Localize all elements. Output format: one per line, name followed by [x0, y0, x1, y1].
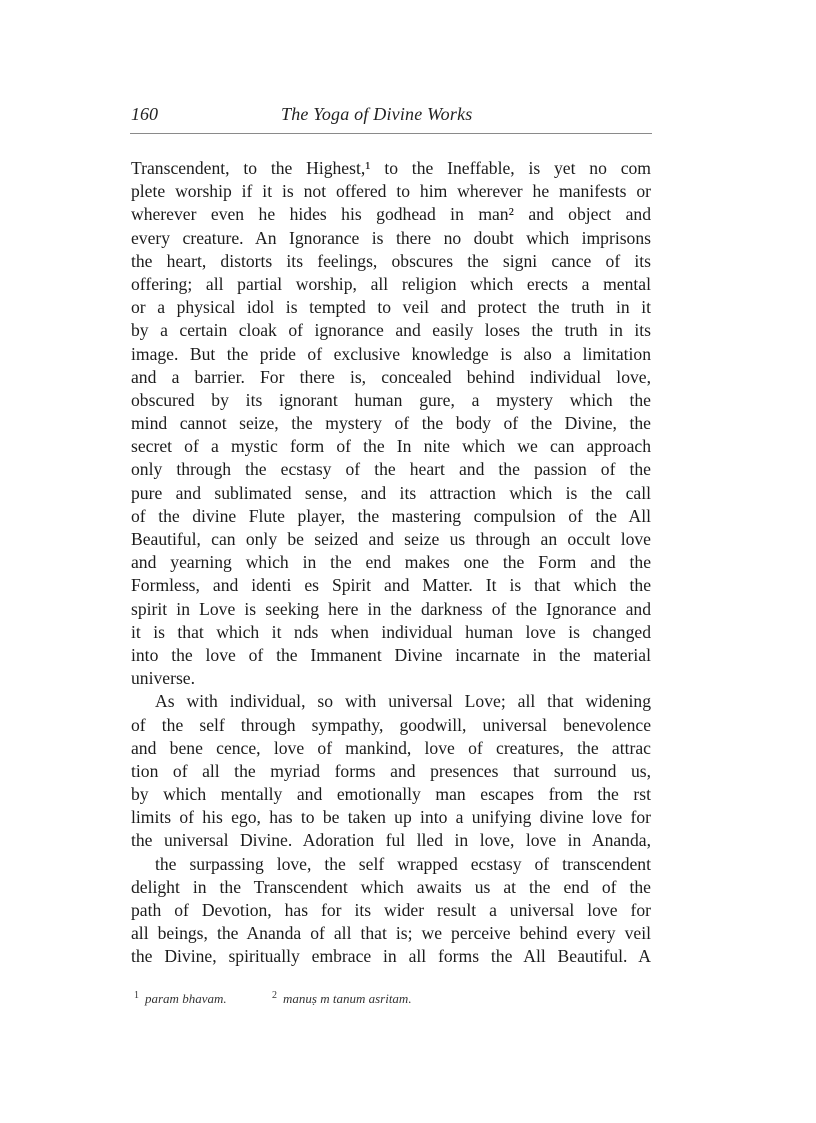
text-line: Transcendent, to the Highest,¹ to the In… [131, 157, 651, 180]
text-line: of the divine Flute player, the masterin… [131, 505, 651, 528]
text-line: the Divine, spiritually embrace in all f… [131, 945, 651, 968]
header-rule [130, 133, 652, 134]
text-line: the universal Divine. Adoration ful lled… [131, 829, 651, 852]
text-line: image. But the pride of exclusive knowle… [131, 343, 651, 366]
text-line: and bene cence, love of mankind, love of… [131, 737, 651, 760]
text-line: by which mentally and emotionally man es… [131, 783, 651, 806]
text-line: all beings, the Ananda of all that is; w… [131, 922, 651, 945]
text-line: obscured by its ignorant human gure, a m… [131, 389, 651, 412]
page-number: 160 [131, 104, 158, 125]
text-line: of the self through sympathy, goodwill, … [131, 714, 651, 737]
text-line: the surpassing love, the self wrapped ec… [131, 853, 651, 876]
text-line: limits of his ego, has to be taken up in… [131, 806, 651, 829]
text-line: mind cannot seize, the mystery of the bo… [131, 412, 651, 435]
text-line: it is that which it nds when individual … [131, 621, 651, 644]
text-line: the heart, distorts its feelings, obscur… [131, 250, 651, 273]
body-text: Transcendent, to the Highest,¹ to the In… [131, 157, 651, 969]
footnote-text: param bhavam. [145, 991, 227, 1006]
text-line: and a barrier. For there is, concealed b… [131, 366, 651, 389]
text-line: pure and sublimated sense, and its attra… [131, 482, 651, 505]
running-head: 160 The Yoga of Divine Works [131, 104, 652, 128]
text-line: every creature. An Ignorance is there no… [131, 227, 651, 250]
text-line: path of Devotion, has for its wider resu… [131, 899, 651, 922]
paragraph-start-line: As with individual, so with universal Lo… [131, 690, 651, 713]
text-line: Formless, and identi es Spirit and Matte… [131, 574, 651, 597]
book-page: 160 The Yoga of Divine Works Transcenden… [0, 0, 816, 1123]
text-line: into the love of the Immanent Divine inc… [131, 644, 651, 667]
text-line: or a physical idol is tempted to veil an… [131, 296, 651, 319]
text-line: only through the ecstasy of the heart an… [131, 458, 651, 481]
footnote-marker: 1 [134, 990, 139, 1001]
text-line: secret of a mystic form of the In nite w… [131, 435, 651, 458]
text-line: tion of all the myriad forms and presenc… [131, 760, 651, 783]
book-title: The Yoga of Divine Works [281, 104, 472, 125]
footnote-2: 2manuṣ m tanum asritam. [272, 990, 412, 1007]
footnote-text: manuṣ m tanum asritam. [283, 991, 412, 1006]
text-line: by a certain cloak of ignorance and easi… [131, 319, 651, 342]
text-line: spirit in Love is seeking here in the da… [131, 598, 651, 621]
footnote-1: 1param bhavam. [134, 990, 227, 1007]
text-line: and yearning which in the end makes one … [131, 551, 651, 574]
footnotes: 1param bhavam. 2manuṣ m tanum asritam. [134, 990, 654, 1012]
text-line: Beautiful, can only be seized and seize … [131, 528, 651, 551]
text-line: wherever even he hides his godhead in ma… [131, 203, 651, 226]
paragraph-end-line: universe. [131, 667, 651, 690]
footnote-marker: 2 [272, 990, 277, 1001]
text-line: delight in the Transcendent which awaits… [131, 876, 651, 899]
text-line: plete worship if it is not offered to hi… [131, 180, 651, 203]
text-line: offering; all partial worship, all relig… [131, 273, 651, 296]
